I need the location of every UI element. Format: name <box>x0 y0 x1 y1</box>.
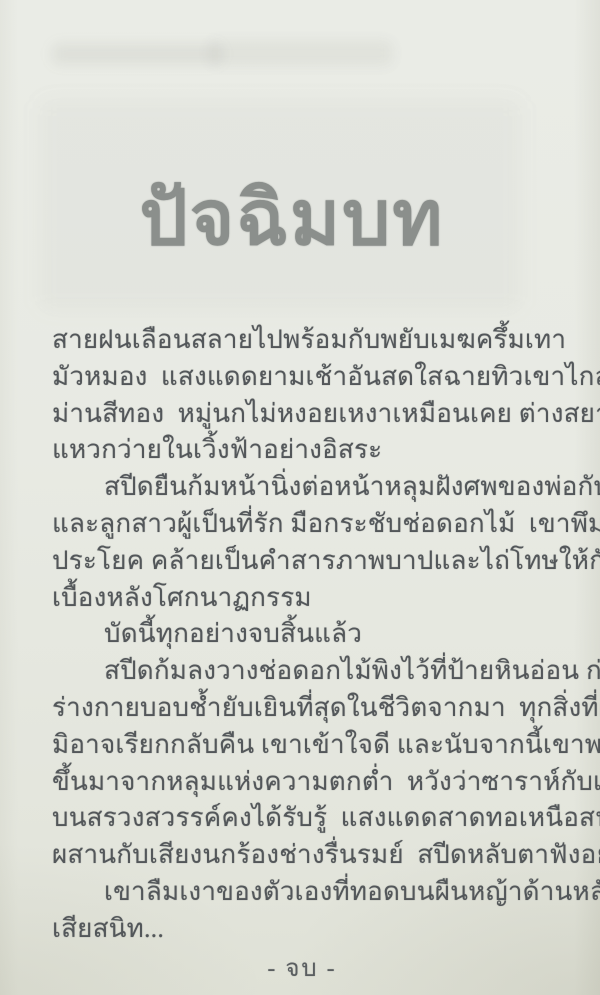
body-line: แหวกว่ายในเวิ้งฟ้าอย่างอิสระ <box>52 432 552 469</box>
showthrough-smudge <box>52 44 222 64</box>
end-mark: - จบ - <box>52 948 552 987</box>
chapter-body: สายฝนเลือนสลายไปพร้อมกับพยับเมฆครึ้มเทา … <box>52 322 552 948</box>
body-line: ขึ้นมาจากหลุมแห่งความตกต่ำ หวังว่าซาราห์… <box>52 764 552 801</box>
body-line: บัดนี้ทุกอย่างจบสิ้นแล้ว <box>52 616 552 653</box>
body-line: เบื้องหลังโศกนาฏกรรม <box>52 580 552 617</box>
body-line: ผสานกับเสียงนกร้องช่างรื่นรมย์ สปีดหลับต… <box>52 837 552 874</box>
body-line: บนสรวงสวรรค์คงได้รับรู้ แสงแดดสาดทอเหนือ… <box>52 800 552 837</box>
body-line: สปีดก้มลงวางช่อดอกไม้พิงไว้ที่ป้ายหินอ่อ… <box>52 653 552 690</box>
body-line: และลูกสาวผู้เป็นที่รัก มือกระชับช่อดอกไม… <box>52 506 552 543</box>
body-line: สปีดยืนก้มหน้านิ่งต่อหน้าหลุมฝังศพของพ่อ… <box>52 469 552 506</box>
body-line: สายฝนเลือนสลายไปพร้อมกับพยับเมฆครึ้มเทา <box>52 322 552 359</box>
showthrough-smudge <box>208 40 393 66</box>
body-line: มิอาจเรียกกลับคืน เขาเข้าใจดี และนับจากน… <box>52 727 552 764</box>
chapter-title: ปัจฉิมบท <box>0 158 592 278</box>
body-line: ม่านสีทอง หมู่นกไม่หงอยเหงาเหมือนเคย ต่า… <box>52 396 552 433</box>
body-line: ร่างกายบอบช้ำยับเยินที่สุดในชีวิตจากมา ท… <box>52 690 552 727</box>
body-line: มัวหมอง แสงแดดยามเช้าอันสดใสฉายทิวเขาไกล… <box>52 359 552 396</box>
body-line: ประโยค คล้ายเป็นคำสารภาพบาปและไถ่โทษให้ก… <box>52 543 552 580</box>
body-line: เสียสนิท... <box>52 911 552 948</box>
body-line: เขาลืมเงาของตัวเองที่ทอดบนผืนหญ้าด้านหลั… <box>52 874 552 911</box>
book-page: ปัจฉิมบท สายฝนเลือนสลายไปพร้อมกับพยับเมฆ… <box>0 0 600 995</box>
